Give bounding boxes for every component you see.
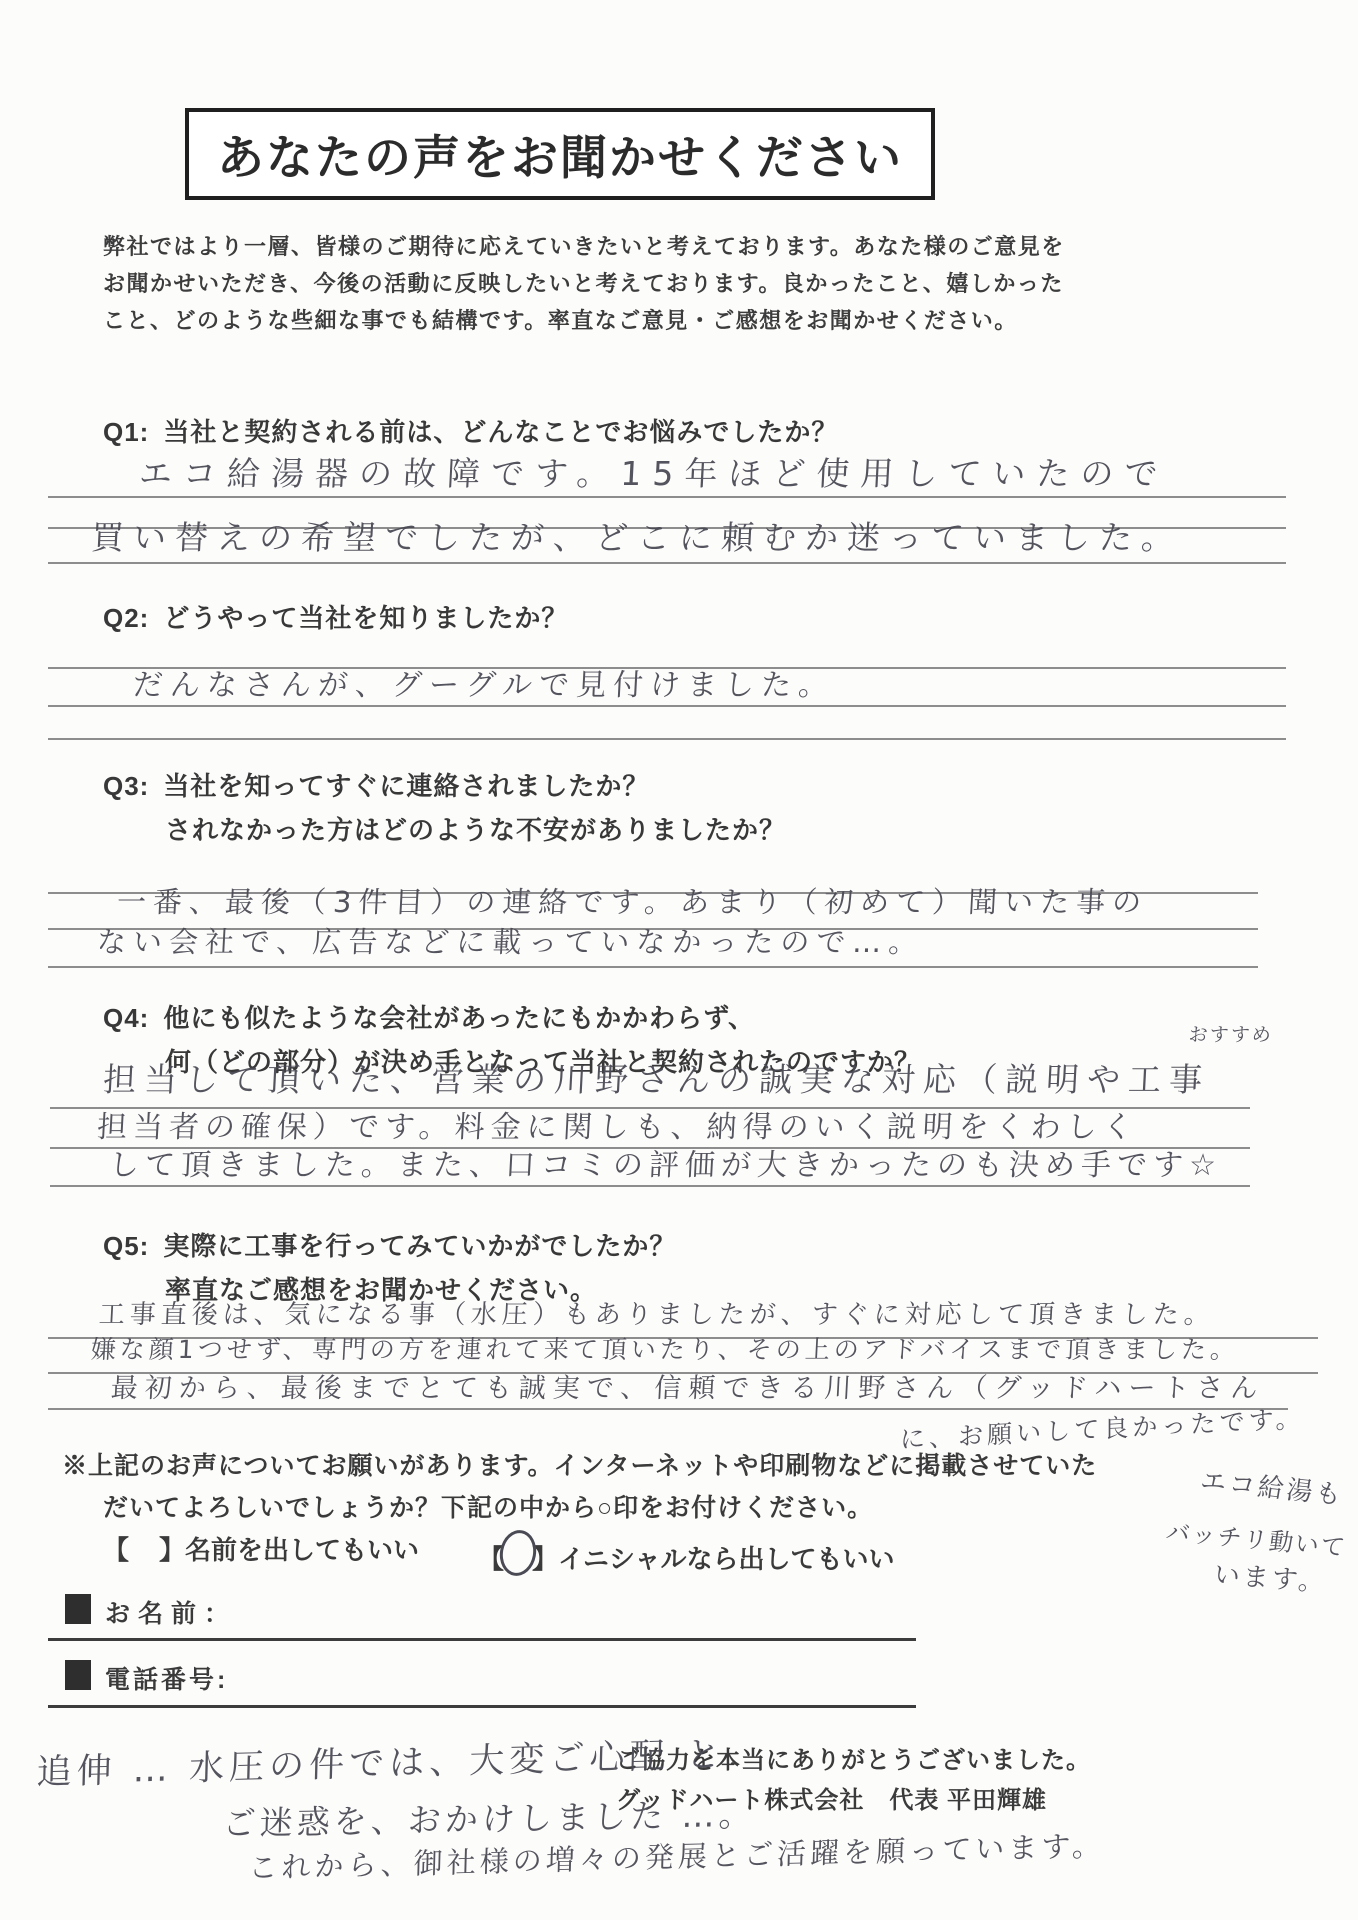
question-3-text-1: 当社を知ってすぐに連絡されましたか？ [163, 771, 649, 801]
margin-note-line-3: います。 [1212, 1554, 1330, 1599]
permission-option-initial-label: イニシャルなら出してもいい [558, 1544, 894, 1574]
q4-answer-line-3: して頂きました。また、口コミの評価が大きかったのも決め手です☆ [108, 1140, 1223, 1184]
answer-rule [48, 966, 1258, 968]
q5-answer-line-3: 最初から、最後までとても誠実で、信頼できる川野さん（グッドハートさん [110, 1366, 1266, 1405]
q3-answer-line-2: ない会社で、広告などに載っていなかったので…。 [96, 920, 926, 961]
form-title-box: あなたの声をお聞かせください [185, 108, 935, 200]
black-square-icon [65, 1594, 91, 1624]
question-5-number: Q5: [103, 1231, 149, 1261]
intro-line-1: 弊社ではより一層、皆様のご期待に応えていきたいと考えております。あなた様のご意見… [103, 230, 1065, 261]
question-4-heading: Q4:他にも似たような会社があったにもかかわらず、 [103, 998, 755, 1035]
answer-rule [48, 738, 1286, 740]
permission-option-name: 【】名前を出してもいい [103, 1530, 419, 1567]
q5-answer-line-2: 嫌な顔1つせず、専門の方を連れて来て頂いたり、その上のアドバイスまで頂きました。 [90, 1330, 1240, 1366]
question-2-heading: Q2:どうやって当社を知りましたか？ [103, 598, 568, 635]
permission-option-initial: 【】イニシャルなら出してもいい [478, 1530, 894, 1576]
bracket-open: 【 [103, 1535, 129, 1565]
phone-field-line [48, 1705, 916, 1708]
answer-rule [48, 705, 1286, 707]
margin-note-line-2: バッチリ動いて [1164, 1512, 1349, 1563]
q2-answer-line-1: だんなさんが、グーグルで見付けました。 [132, 660, 836, 704]
question-2-text: どうやって当社を知りましたか？ [163, 603, 568, 633]
question-4-text-1: 他にも似たような会社があったにもかかわらず、 [163, 1003, 755, 1033]
intro-line-3: こと、どのような些細な事でも結構です。率直なご意見・ご感想をお聞かせください。 [103, 304, 1018, 335]
black-square-icon [65, 1660, 91, 1690]
question-4-number: Q4: [103, 1003, 149, 1033]
name-field-line [48, 1638, 916, 1641]
intro-line-2: お聞かせいただき、今後の活動に反映したいと考えております。良かったこと、嬉しかっ… [103, 267, 1064, 298]
q4-answer-line-1: 担当して頂いた、営業の川野さんの誠実な対応（説明や工事 [102, 1054, 1211, 1101]
q5-answer-line-1: 工事直後は、気になる事（水圧）もありましたが、すぐに対応して頂きました。 [98, 1294, 1216, 1331]
permission-note-line-2: だいてよろしいでしょうか？下記の中から○印をお付けください。 [103, 1488, 873, 1524]
question-3-number: Q3: [103, 771, 149, 801]
question-1-number: Q1: [103, 417, 149, 447]
answer-rule [50, 1185, 1250, 1187]
question-5-heading: Q5:実際に工事を行ってみていかがでしたか？ [103, 1226, 676, 1263]
question-1-text: 当社と契約される前は、どんなことでお悩みでしたか？ [163, 417, 838, 447]
permission-note-line-1: ※上記のお声についてお願いがあります。インターネットや印刷物などに掲載させていた [62, 1446, 1097, 1482]
question-2-number: Q2: [103, 603, 149, 633]
question-3-heading: Q3:当社を知ってすぐに連絡されましたか？ [103, 766, 649, 803]
scanned-survey-form: あなたの声をお聞かせください 弊社ではより一層、皆様のご期待に応えていきたいと考… [0, 0, 1358, 1920]
question-3-text-2: されなかった方はどのような不安がありましたか？ [165, 810, 786, 847]
permission-option-name-label: 名前を出してもいい [185, 1535, 419, 1565]
answer-rule [48, 496, 1286, 498]
margin-note-line-1: エコ給湯も [1198, 1460, 1347, 1512]
question-1-heading: Q1:当社と契約される前は、どんなことでお悩みでしたか？ [103, 412, 838, 449]
q4-furigana-note: おすすめ [1188, 1020, 1274, 1047]
question-5-text-1: 実際に工事を行ってみていかがでしたか？ [163, 1231, 676, 1261]
answer-rule [48, 562, 1286, 564]
name-field-label: お名前： [105, 1594, 237, 1630]
q3-answer-line-1: 一番、最後（3件目）の連絡です。あまり（初めて）聞いた事の [116, 880, 1149, 921]
phone-field-label: 電話番号: [105, 1660, 228, 1696]
q1-answer-line-1: エコ給湯器の故障です。15年ほど使用していたので [138, 448, 1170, 495]
bracket-close: 】 [159, 1535, 185, 1565]
q1-answer-line-2: 買い替えの希望でしたが、どこに頼むか迷っていました。 [90, 512, 1184, 559]
form-title: あなたの声をお聞かせください [217, 121, 903, 188]
